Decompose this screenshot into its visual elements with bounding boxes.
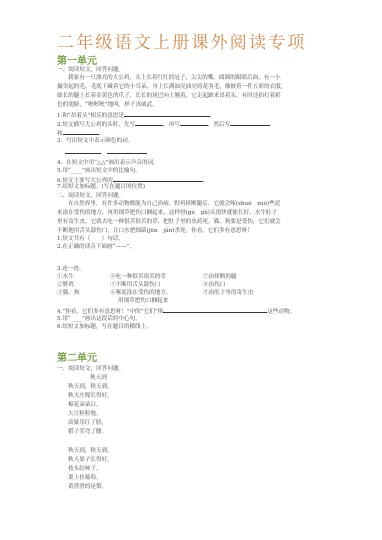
match-col3-item[interactable]: ⑧治伤口 — [203, 282, 225, 289]
passage-line: 色的翅膀，“喔喔喔”地叫，样子真威武。 — [57, 102, 158, 109]
match-col3-item[interactable]: ⑨治肚子里的寄生虫 — [203, 290, 253, 297]
match-col2-item-cont: 用细草把伤口捆起来 — [118, 298, 168, 305]
question-5: 5.用“____”画出这段话的中心句。 — [57, 316, 141, 323]
answer-blank[interactable] — [230, 120, 270, 126]
match-col2-item[interactable]: ⑤不断用舌头舔伤口 — [110, 282, 160, 289]
question-5: 5.用“____”画出短文中的比喻句。 — [57, 168, 141, 175]
question-2-text: ，然后写 — [208, 122, 230, 128]
question-1: 1.和“昂着头”相反的意思是。 — [57, 111, 216, 120]
match-col1-item[interactable]: ②野鸡 — [57, 282, 74, 289]
unit1-part1-instruction: 一、阅读短文，回答问题。 — [57, 67, 124, 74]
poem-line: 秋天到，秋天到， — [68, 384, 113, 391]
question-2-text: 2.短文描写大公鸡的头时，先写 — [57, 122, 135, 128]
match-col3-item[interactable]: ⑦治摔断的腿 — [203, 274, 237, 281]
punct: 。 — [99, 131, 105, 137]
unit1-heading: 第一单元 — [57, 52, 97, 67]
poem-title: 秋天到 — [90, 375, 107, 382]
poem-line: 秋天庄稼长得好。 — [68, 393, 113, 400]
unit2-heading: 第二单元 — [57, 349, 97, 364]
punct: 。 — [210, 113, 216, 119]
poem-line: 枝头结柿子， — [68, 466, 102, 473]
question-4: 4.“你看，它们多有意思呀！”中的“它们”指这些动物。 — [57, 307, 295, 316]
passage-line: 里有寄生虫，它就去吃一种很苦很苦的草，把肚子里的虫药死。猫、狗要是受伤，它们就会 — [57, 219, 281, 226]
answer-line[interactable] — [107, 153, 147, 154]
match-col2-item[interactable]: ④吃一种很苦很苦的草 — [110, 274, 166, 281]
poem-line: 大豆粒粒饱。 — [68, 411, 102, 418]
poem-line: 秋天果子长得好。 — [68, 457, 113, 464]
question-1-text: 1.和“昂着头”相反的意思是 — [57, 113, 124, 119]
match-col2-item[interactable]: ⑥啄泥涂在受伤的地方， — [110, 290, 172, 297]
document-title: 二年级语文上册课外阅读专项 — [57, 28, 307, 53]
poem-line: 稻子笑弯了腰。 — [68, 429, 107, 436]
passage-line: 我家有一只漂亮的大公鸡，头上长着红红的冠子，尖尖的嘴，圆圆的眼睛后面，有一小 — [57, 75, 281, 82]
passage-line: 在自然界里，有许多动物都能为自己治病。野鸡摔断腿后，它就会啄(zhuó zuó)… — [57, 201, 280, 208]
poem-line: 秋天到，秋天到， — [68, 448, 113, 455]
match-col1-item[interactable]: ①水牛 — [57, 274, 74, 281]
passage-line: 不断地用舌头舔伤口，让口水把细菌(jūn jǔn)杀死。你看，它们多有意思呀！ — [57, 228, 253, 235]
question-4-text: 这些动物。 — [267, 309, 295, 315]
answer-blank[interactable] — [135, 120, 163, 126]
question-2: 2.在正确的读音下面画“——”。 — [57, 244, 135, 251]
question-2-text: ，再写 — [163, 122, 180, 128]
answer-blank[interactable] — [163, 307, 267, 313]
question-6: 6.给短文加标题，写在题目的横线上。 — [57, 324, 152, 331]
poem-line: 高粱乐红了脸， — [68, 420, 107, 427]
passage-line: 细长的腿上长着金黄色的爪子，长长的尾巴向上翘着，它走起路来昂着头，有时还拍打着彩 — [57, 93, 281, 100]
question-7: 7.给短文加标题。(写在题目的位置) — [57, 184, 145, 191]
answer-blank[interactable] — [113, 176, 203, 182]
answer-line[interactable] — [65, 153, 101, 154]
answer-blank[interactable] — [180, 120, 208, 126]
question-1: 1.短文共有（ ）句话。 — [57, 236, 124, 243]
question-3: 3．写出短文中表示颜色的词。 — [57, 138, 133, 145]
question-4-text: 4.“你看，它们多有意思呀！”中的“它们”指 — [57, 309, 163, 315]
punct: 。 — [203, 178, 209, 184]
poem-line: 架上挂葡萄。 — [68, 475, 102, 482]
question-2: 2.短文描写大公鸡的头时，先写，再写，然后写 — [57, 120, 270, 129]
passage-line: 撮突起的毛，毛底下藏着它的小耳朵，身上长满油亮油亮的花羽毛，像披着一件五彩的衣服… — [57, 84, 286, 91]
poem-line: 棉花朵朵白， — [68, 402, 102, 409]
unit1-part2-instruction: 二、阅读短文，回答问题。 — [57, 193, 124, 200]
match-col1-item[interactable]: ③猫、狗 — [57, 290, 79, 297]
unit2-part1-instruction: 一、阅读短文，回答问题。 — [57, 366, 124, 373]
answer-blank[interactable] — [63, 129, 99, 135]
question-2-cont: 和。 — [57, 129, 104, 138]
passage-line: 来涂在受伤的地方，再用细草把伤口捆起来，这样骨(gú gǔ)头很快就能长好。水牛… — [57, 210, 277, 217]
question-3: 3.连一连。 — [57, 266, 85, 273]
question-4: 4．在短文中用“△△”画出表示声音的词。 — [57, 160, 159, 167]
answer-blank[interactable] — [124, 111, 210, 117]
poem-line: 黄澄澄的是梨。 — [68, 484, 107, 491]
